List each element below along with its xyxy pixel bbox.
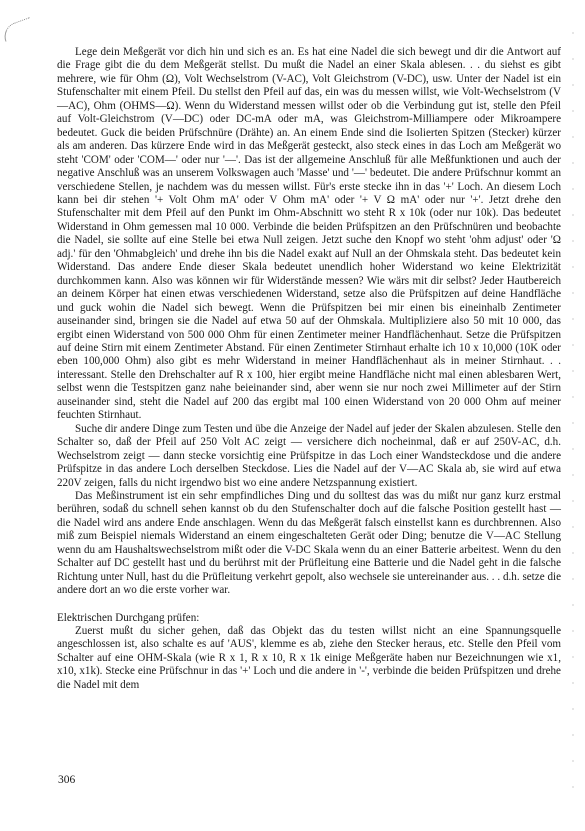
page-number: 306 bbox=[58, 774, 75, 786]
paragraph-caution: Das Meßinstrument ist ein sehr empfindli… bbox=[57, 490, 561, 598]
paragraph-continuity: Zuerst mußt du sicher gehen, daß das Obj… bbox=[57, 625, 561, 692]
section-heading: Elektrischen Durchgang prüfen: bbox=[57, 612, 561, 625]
scan-artifact bbox=[0, 17, 34, 42]
paragraph-ac-voltage: Suche dir andere Dinge zum Testen und üb… bbox=[57, 423, 561, 490]
paragraph-multimeter-intro: Lege dein Meßgerät vor dich hin und sich… bbox=[57, 46, 561, 423]
scan-edge-dots bbox=[569, 20, 577, 800]
document-body: Lege dein Meßgerät vor dich hin und sich… bbox=[57, 46, 561, 692]
